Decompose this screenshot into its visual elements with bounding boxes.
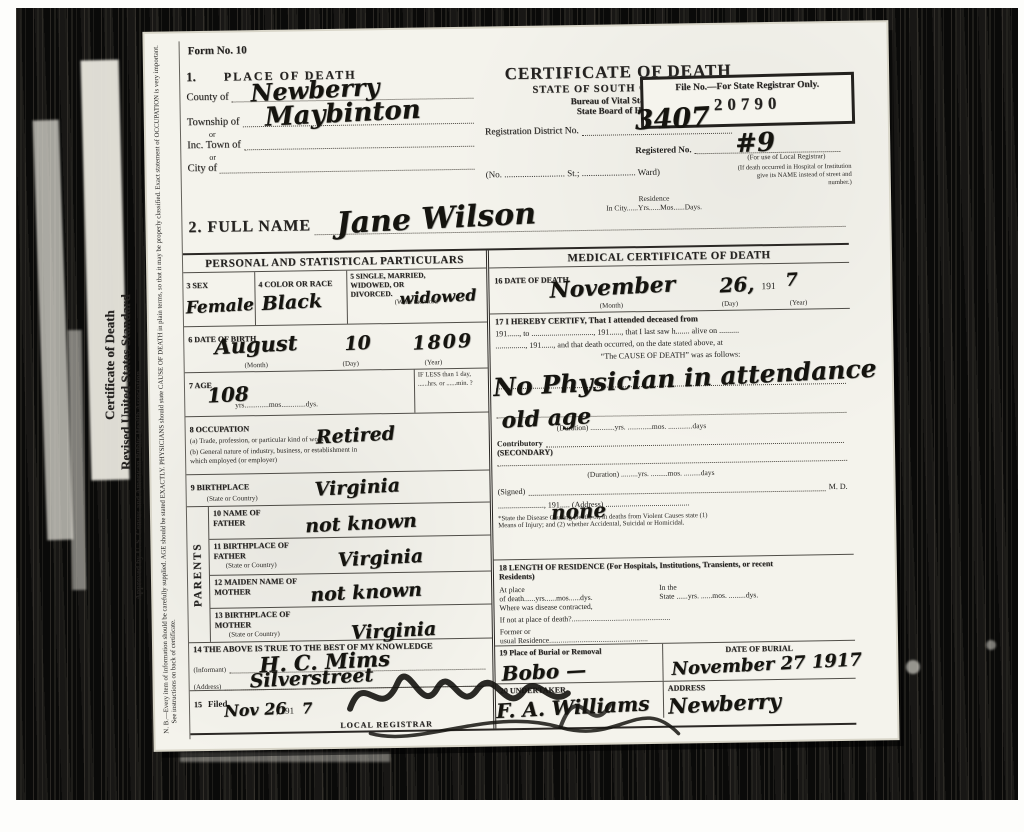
reg-district-label: Registration District No. <box>485 126 579 137</box>
left-margin-note: N. B.—Every item of information should b… <box>153 43 181 733</box>
mother-name-row: 12 MAIDEN NAME OF MOTHER not known <box>210 571 491 608</box>
cause-handwritten-line2: old age <box>501 403 592 434</box>
dob-month-handwritten: August <box>214 330 298 359</box>
occupation-label: 8 OCCUPATION <box>190 424 250 434</box>
dod-year-printed: 191 <box>761 282 775 292</box>
spine-text: Certificate of Death <box>102 310 117 420</box>
registered-no-label: Registered No. <box>635 144 691 155</box>
race-handwritten: Black <box>261 290 322 315</box>
registered-no-handwritten: #9 <box>734 127 775 159</box>
date-of-death-row: 16 DATE OF DEATH November 26, 191 7 (Mon… <box>489 263 850 315</box>
father-name-label: 10 NAME OF FATHER <box>213 508 293 529</box>
certificate-paper: N. B.—Every item of information should b… <box>144 22 897 750</box>
dod-month-handwritten: November <box>549 271 676 303</box>
full-name-label: 2. FULL NAME <box>188 217 311 237</box>
county-label: County of <box>186 92 228 104</box>
undertaker-address-handwritten: Newberry <box>667 688 781 719</box>
inc-town-label: Inc. Town of <box>187 139 241 151</box>
dob-day-handwritten: 10 <box>344 332 372 355</box>
sex-handwritten: Female <box>185 295 254 318</box>
birthplace-handwritten: Virginia <box>314 474 400 500</box>
duration-line1: (Duration) .............yrs. ...........… <box>557 419 847 433</box>
month-caption: (Month) <box>245 361 268 369</box>
occupation-a-label: (a) Trade, profession, or particular kin… <box>190 435 330 446</box>
father-name-handwritten: not known <box>305 510 418 538</box>
medical-column: MEDICAL CERTIFICATE OF DEATH 16 DATE OF … <box>489 245 856 729</box>
dob-row: 6 DATE OF BIRTH August 10 1809 (Month) (… <box>184 323 488 374</box>
day-caption: (Day) <box>722 300 738 308</box>
father-birthplace-row: 11 BIRTHPLACE OF FATHER (State or Countr… <box>209 535 491 575</box>
form-number: Form No. 10 <box>188 44 247 57</box>
father-name-row: 10 NAME OF FATHER not known <box>209 503 490 540</box>
burial-place-label: 19 Place of Burial or Removal <box>499 646 658 657</box>
dod-day-handwritten: 26, <box>719 272 755 298</box>
parents-section: PARENTS 10 NAME OF FATHER not known 11 B… <box>187 503 492 644</box>
title-block: CERTIFICATE OF DEATH STATE OF SOUTH CARO… <box>484 59 848 180</box>
occupation-handwritten: Retired <box>315 423 395 449</box>
mother-name-handwritten: not known <box>310 579 423 607</box>
parents-vertical-label: PARENTS <box>191 542 204 607</box>
undertaker-row: 20 UNDERTAKER F. A. Williams ADDRESS New… <box>496 679 857 721</box>
signed-caption: (Signed) <box>498 487 526 496</box>
dod-year-handwritten: 7 <box>785 269 799 291</box>
place-of-death-block: 1. PLACE OF DEATH County of Newberry Tow… <box>186 65 478 175</box>
burial-row: 19 Place of Burial or Removal Bobo — DAT… <box>495 641 856 685</box>
filed-year-handwritten: 7 <box>302 699 313 718</box>
mother-birthplace-row: 13 BIRTHPLACE OF MOTHER (State or Countr… <box>210 604 491 642</box>
mother-birthplace-label: 13 BIRTHPLACE OF MOTHER <box>214 609 304 630</box>
occupation-b-label: (b) General nature of industry, business… <box>190 446 360 465</box>
item1-number: 1. <box>186 69 196 85</box>
age-row: 7 AGE 108 yrs.............mos...........… <box>185 369 489 418</box>
spine-text: Revised United States Standard <box>118 294 133 470</box>
filed-row: 15 Filed Nov 26 , 191 7 LOCAL REGISTRAR <box>190 686 494 733</box>
informant-caption: (Informant) <box>193 665 226 674</box>
spine-title-line2: Certificate of Death <box>102 310 118 420</box>
mother-name-label: 12 MAIDEN NAME OF MOTHER <box>214 576 304 597</box>
right-speckle <box>906 660 920 674</box>
birthplace-label: 9 BIRTHPLACE <box>190 482 249 492</box>
bottom-speckle <box>180 752 390 762</box>
filed-year-printed: , 191 <box>276 706 294 716</box>
in-state-line2: State ......yrs. ......mos. .........dys… <box>659 590 758 601</box>
personal-column: PERSONAL AND STATISTICAL PARTICULARS 3 S… <box>183 250 496 733</box>
right-speckle <box>986 640 996 650</box>
spine-title-line1: Revised United States Standard <box>118 294 134 470</box>
md-label: M. D. <box>829 482 848 491</box>
race-label: 4 COLOR OR RACE <box>258 279 332 289</box>
nb-note: N. B.—Every item of information should b… <box>153 45 171 734</box>
local-registrar-label: LOCAL REGISTRAR <box>340 719 433 729</box>
father-birthplace-label: 11 BIRTHPLACE OF FATHER <box>213 540 303 561</box>
spine-approved-line: Approved by U. S. Census and American Pu… <box>134 371 143 600</box>
signed-handwritten: none <box>550 498 606 525</box>
occupation-row: 8 OCCUPATION (a) Trade, profession, or p… <box>185 413 489 476</box>
reg-district-handwritten: 3407 <box>634 102 711 137</box>
duration-line2: (Duration) .........yrs. .........mos. .… <box>587 466 847 479</box>
filed-number: 15 <box>194 700 202 709</box>
particulars-table: PERSONAL AND STATISTICAL PARTICULARS 3 S… <box>183 243 856 735</box>
father-birthplace-handwritten: Virginia <box>337 545 423 571</box>
nb-note2: See instructions on back of certificate. <box>170 619 180 723</box>
attestation-row: 14 THE ABOVE IS TRUE TO THE BEST OF MY K… <box>189 638 493 691</box>
month-caption: (Month) <box>600 301 623 309</box>
dob-year-handwritten: 1809 <box>412 330 474 355</box>
day-caption: (Day) <box>343 360 359 368</box>
no-st-ward-line: (No. ........................... St.; ..… <box>486 167 660 180</box>
year-caption: (Year) <box>790 298 808 306</box>
year-caption: (Year) <box>425 358 443 366</box>
age-less-note: IF LESS than 1 day, ......hrs. or ......… <box>414 369 489 413</box>
residence-row: 18 LENGTH OF RESIDENCE (For Hospitals, I… <box>494 555 855 647</box>
sex-label: 3 SEX <box>186 281 208 290</box>
spine-text: Approved by U. S. Census and American Pu… <box>134 371 143 600</box>
age-units: yrs.............mos.............dys. <box>235 399 318 409</box>
birthplace-row: 9 BIRTHPLACE (State or Country) Virginia <box>186 471 489 508</box>
burial-place-handwritten: Bobo — <box>501 658 587 686</box>
certification-row: 17 I HEREBY CERTIFY, That I attended dec… <box>490 309 854 561</box>
sex-race-marital-row: 3 SEX Female 4 COLOR OR RACE Black 5 SIN… <box>183 269 487 328</box>
city-label: City of <box>187 163 217 174</box>
undertaker-handwritten: F. A. Williams <box>496 691 650 723</box>
hospital-note: (If death occurred in Hospital or Instit… <box>734 163 852 190</box>
marital-handwritten: widowed <box>399 285 477 308</box>
scanned-page: Revised United States Standard Certifica… <box>0 0 1024 832</box>
township-label: Township of <box>187 116 240 128</box>
